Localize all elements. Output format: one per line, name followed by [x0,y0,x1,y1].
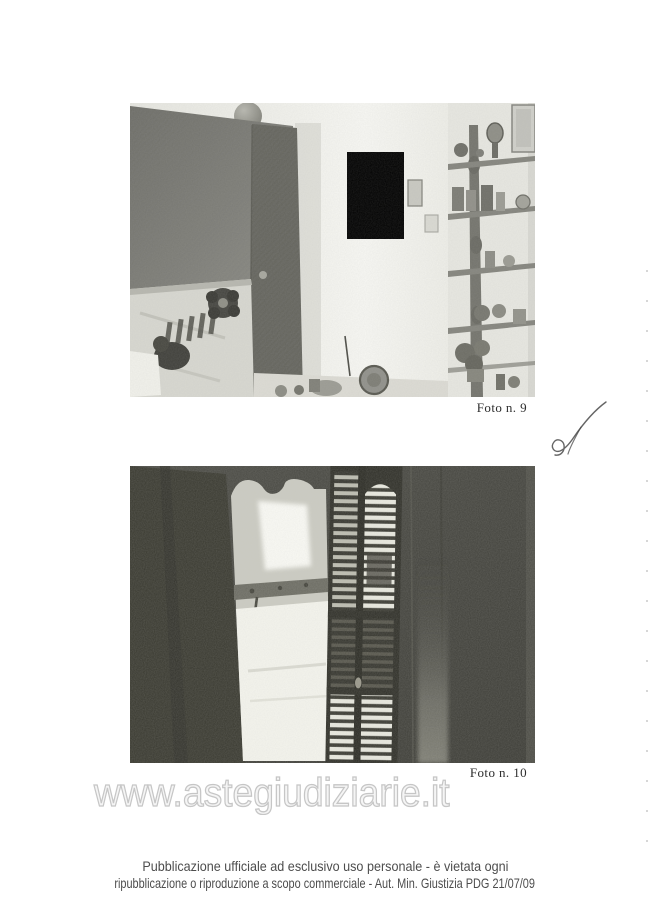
footer-line-2: ripubblicazione o riproduzione a scopo c… [0,875,650,892]
photo-foto-10 [130,466,535,763]
legal-footer: Pubblicazione ufficiale ad esclusivo uso… [0,858,650,892]
footer-line-1: Pubblicazione ufficiale ad esclusivo uso… [0,858,650,875]
photo-foto-10-image [130,466,535,763]
watermark-text: www.astegiudiziarie.it [94,771,450,816]
scan-grain-overlay [130,103,535,397]
signature-mark [545,394,615,464]
scanner-edge-artifact [646,270,648,850]
scan-grain-overlay [130,466,535,763]
scanned-document-page: Foto n. 9 [0,0,650,918]
photo-foto-9 [130,103,535,397]
photo-foto-9-image [130,103,535,397]
photo-caption-9: Foto n. 9 [130,400,527,416]
